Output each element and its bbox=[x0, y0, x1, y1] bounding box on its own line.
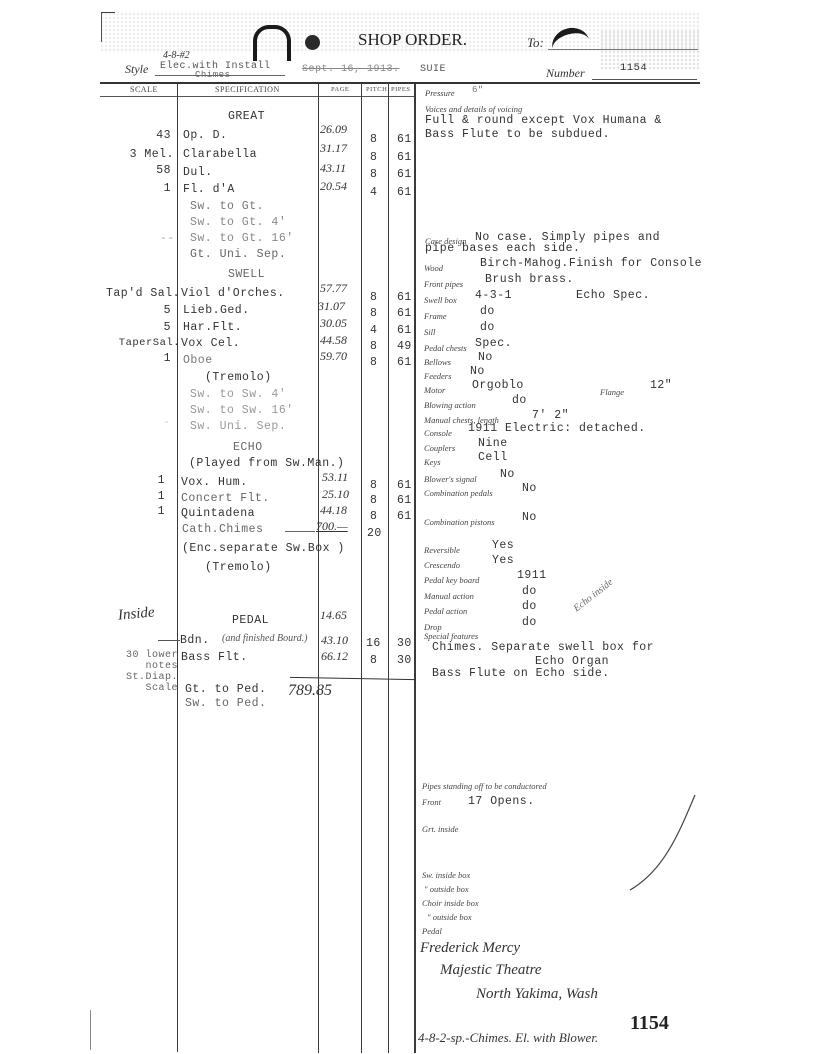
stop-scale: TaperSal. bbox=[100, 337, 180, 349]
detail-label: Pedal chests bbox=[424, 343, 467, 353]
number-label: Number bbox=[546, 66, 585, 81]
column-rule-spec bbox=[318, 83, 319, 1053]
coupler: Sw. to Gt. bbox=[190, 200, 264, 213]
stop-name: Clarabella bbox=[183, 148, 257, 161]
stop-page: 20.54 bbox=[320, 179, 347, 194]
column-header-scale: SCALE bbox=[130, 85, 158, 94]
stop-pitch: 8 bbox=[370, 168, 377, 181]
stop-pipes: 61 bbox=[397, 479, 412, 492]
total-rule bbox=[290, 677, 415, 680]
stop-name: Concert Flt. bbox=[181, 492, 270, 505]
stop-name: Op. D. bbox=[183, 129, 227, 142]
stop-pipes: 61 bbox=[397, 324, 412, 337]
detail-value: do bbox=[512, 394, 527, 407]
stop-page: 59.70 bbox=[320, 349, 347, 364]
stop-pipes: 49 bbox=[397, 340, 412, 353]
stop-page: 43.10 bbox=[321, 633, 348, 648]
detail-label: Blower's signal bbox=[424, 474, 477, 484]
coupler: Sw. to Gt. 16' bbox=[190, 232, 294, 245]
detail-value: Spec. bbox=[475, 337, 512, 350]
detail-value: No bbox=[500, 468, 515, 481]
detail-value: do bbox=[522, 616, 537, 629]
detail-value: 7' 2" bbox=[532, 409, 569, 422]
voicing-value-line1: Full & round except Vox Humana & bbox=[425, 114, 662, 127]
detail-extra-label: Flange bbox=[600, 387, 624, 397]
swell-tremolo: (Tremolo) bbox=[205, 371, 272, 384]
stop-pitch: 4 bbox=[370, 186, 377, 199]
detail-label: Front pipes bbox=[424, 279, 463, 289]
customer-name: Frederick Mercy bbox=[420, 940, 520, 957]
pedal-total: 789.85 bbox=[288, 682, 332, 700]
stop-pitch: 8 bbox=[370, 291, 377, 304]
scan-noise bbox=[600, 30, 700, 70]
detail-label: Feeders bbox=[424, 371, 451, 381]
detail-label: Swell box bbox=[424, 295, 457, 305]
coupler: Gt. Uni. Sep. bbox=[190, 248, 286, 261]
column-header-rule bbox=[100, 96, 415, 97]
stop-pipes: 30 bbox=[397, 637, 412, 650]
column-header-pitch: PITCH bbox=[366, 86, 387, 93]
detail-label: Pedal action bbox=[424, 606, 467, 616]
stop-pipes: 8 bbox=[370, 356, 377, 369]
echo-note: (Enc.separate Sw.Box ) bbox=[182, 542, 345, 555]
detail-value: Orgoblo bbox=[472, 379, 524, 392]
detail-label: Console bbox=[424, 428, 452, 438]
voicing-label: Voices and details of voicing bbox=[425, 104, 522, 114]
detail-value: Yes bbox=[492, 554, 514, 567]
coupler: Sw. Uni. Sep. bbox=[190, 420, 286, 433]
section-heading-swell: SWELL bbox=[228, 268, 265, 281]
stop-scale: 5 bbox=[145, 321, 171, 334]
coupler: Sw. to Sw. 4' bbox=[190, 388, 286, 401]
stop-scale: 1 bbox=[145, 490, 165, 503]
stop-scale: 3 Mel. bbox=[100, 148, 174, 161]
stop-pitch: 8 bbox=[370, 510, 377, 523]
stop-page: 53.11 bbox=[322, 470, 348, 485]
stop-name: Oboe bbox=[183, 354, 213, 367]
detail-value: No bbox=[470, 365, 485, 378]
detail-label: Pedal key board bbox=[424, 575, 479, 585]
style-line bbox=[155, 75, 285, 76]
stop-name: Viol d'Orches. bbox=[181, 287, 285, 300]
stop-pitch: 8 bbox=[370, 494, 377, 507]
document-title: SHOP ORDER. bbox=[358, 30, 467, 50]
stop-pitch: 8 bbox=[370, 340, 377, 353]
detail-value: do bbox=[480, 305, 495, 318]
stop-name: Vox. Hum. bbox=[181, 476, 248, 489]
detail-label: Combination pistons bbox=[424, 517, 495, 527]
stop-page: 57.77 bbox=[320, 281, 347, 296]
border-mark bbox=[101, 12, 102, 42]
stop-annotation: (and finished Bourd.) bbox=[222, 633, 307, 644]
stop-pitch: 20 bbox=[367, 527, 382, 540]
grt-inside-label: Grt. inside bbox=[422, 824, 458, 834]
detail-label: Reversible bbox=[424, 545, 460, 555]
stop-page: 31.07 bbox=[318, 299, 345, 314]
stop-pitch: 8 bbox=[370, 151, 377, 164]
section-heading-great: GREAT bbox=[228, 110, 265, 123]
stop-pipes: 61 bbox=[397, 186, 412, 199]
stop-pipes: 61 bbox=[397, 307, 412, 320]
coupler: Sw. to Sw. 16' bbox=[190, 404, 294, 417]
stop-pipes: 61 bbox=[397, 510, 412, 523]
detail-value: Cell bbox=[478, 451, 508, 464]
stop-page: 26.09 bbox=[320, 122, 347, 137]
margin-dash: -- bbox=[160, 232, 175, 245]
stop-scale: 1 bbox=[145, 474, 165, 487]
stop-name: Dul. bbox=[183, 166, 213, 179]
detail-label: Bellows bbox=[424, 357, 451, 367]
echo-tremolo: (Tremolo) bbox=[205, 561, 272, 574]
punch-hole-mark bbox=[305, 35, 320, 50]
arrow-line bbox=[158, 640, 180, 641]
stop-scale: 1 bbox=[145, 182, 171, 195]
style-handwritten-note: 4-8-#2 bbox=[163, 50, 190, 61]
header-rule bbox=[100, 82, 700, 84]
pressure-value: 6" bbox=[472, 85, 484, 95]
detail-value: Yes bbox=[492, 539, 514, 552]
stop-page: 44.18 bbox=[320, 503, 347, 518]
section-heading-pedal: PEDAL bbox=[232, 614, 269, 627]
punch-hole-mark bbox=[253, 25, 291, 61]
sw-inside-label: Sw. inside box bbox=[422, 870, 470, 880]
detail-value: Nine bbox=[478, 437, 508, 450]
detail-label: Motor bbox=[424, 385, 445, 395]
customer-location: North Yakima, Wash bbox=[476, 986, 598, 1003]
detail-label: Wood bbox=[424, 263, 443, 273]
detail-value: No bbox=[478, 351, 493, 364]
sw-outside-label: " outside box bbox=[424, 884, 469, 894]
detail-label: Couplers bbox=[424, 443, 455, 453]
detail-label: Crescendo bbox=[424, 560, 460, 570]
section-heading-echo: ECHO bbox=[233, 441, 263, 454]
detail-label: Frame bbox=[424, 311, 447, 321]
pedal-label: Pedal bbox=[422, 926, 442, 936]
column-rule-scale bbox=[177, 83, 178, 97]
pen-stroke bbox=[625, 790, 705, 900]
column-rule-pitch bbox=[388, 83, 389, 1053]
detail-value: do bbox=[522, 585, 537, 598]
stop-page: 44.58 bbox=[320, 333, 347, 348]
stop-page: 700.— bbox=[316, 519, 348, 534]
stop-name: Vox Cel. bbox=[181, 337, 240, 350]
stop-pipes: 61 bbox=[397, 494, 412, 507]
footer-summary: 4-8-2-sp.-Chimes. El. with Blower. bbox=[418, 1030, 598, 1046]
stop-scale: Tap'd Sal. bbox=[100, 287, 180, 300]
number-value: 1154 bbox=[620, 62, 647, 74]
front-label: Front bbox=[422, 797, 441, 807]
column-header-pipes: PIPES bbox=[391, 86, 410, 93]
stop-name: Lieb.Ged. bbox=[183, 304, 250, 317]
detail-label: Sill bbox=[424, 327, 435, 337]
detail-value: do bbox=[522, 600, 537, 613]
choir-outside-label: " outside box bbox=[427, 912, 472, 922]
detail-value: 1911 bbox=[517, 569, 547, 582]
column-rule-scale bbox=[177, 97, 178, 1052]
pipes-standing-label: Pipes standing off to be conductored bbox=[422, 781, 547, 791]
front-value: 17 Opens. bbox=[468, 795, 535, 808]
detail-extra-value: 12" bbox=[650, 379, 672, 392]
column-header-page: PAGE bbox=[331, 86, 349, 93]
stop-pitch: 4 bbox=[370, 324, 377, 337]
detail-value: Brush brass. bbox=[485, 273, 574, 286]
special-features-line3: Bass Flute on Echo side. bbox=[432, 667, 610, 680]
column-rule-pipes bbox=[414, 83, 416, 1053]
stop-page: 66.12 bbox=[321, 649, 348, 664]
stop-pitch: 8 bbox=[370, 307, 377, 320]
to-line bbox=[548, 49, 698, 50]
detail-extra-value: Echo Spec. bbox=[576, 289, 650, 302]
choir-inside-label: Choir inside box bbox=[422, 898, 479, 908]
stop-name: Quintadena bbox=[181, 507, 255, 520]
echo-subheading: (Played from Sw.Man.) bbox=[189, 457, 344, 470]
special-features-line1: Chimes. Separate swell box for bbox=[432, 641, 654, 654]
pressure-label: Pressure bbox=[425, 88, 455, 98]
detail-value: No bbox=[522, 482, 537, 495]
coupler: Gt. to Ped. bbox=[185, 683, 266, 696]
column-rule-page bbox=[361, 83, 362, 1053]
scan-mark bbox=[90, 1010, 91, 1050]
stop-name: Cath.Chimes bbox=[182, 523, 263, 536]
stop-page: 30.05 bbox=[320, 316, 347, 331]
column-header-specification: SPECIFICATION bbox=[215, 85, 280, 94]
stop-pipes: 61 bbox=[397, 168, 412, 181]
stop-scale: 1 bbox=[145, 352, 171, 365]
stop-scale: 5 bbox=[145, 304, 171, 317]
detail-value: do bbox=[480, 321, 495, 334]
stop-page: 25.10 bbox=[322, 487, 349, 502]
stop-pitch: 8 bbox=[370, 479, 377, 492]
stop-pipes: 61 bbox=[397, 133, 412, 146]
margin-dash: - bbox=[163, 416, 170, 429]
detail-label: Keys bbox=[424, 457, 441, 467]
stop-pitch: 16 bbox=[366, 637, 381, 650]
detail-label: Manual action bbox=[424, 591, 474, 601]
detail-label: Blowing action bbox=[424, 400, 476, 410]
date-suffix: SUIE bbox=[420, 64, 446, 75]
detail-value: Birch-Mahog.Finish for Console bbox=[480, 257, 702, 270]
stop-name: Bass Flt. bbox=[181, 651, 248, 664]
stop-scale: 1 bbox=[145, 505, 165, 518]
stop-pitch: 8 bbox=[370, 654, 377, 667]
stop-page: 43.11 bbox=[320, 161, 346, 176]
case-design-line2: pipe bases each side. bbox=[425, 242, 580, 255]
pedal-margin-note: Inside bbox=[117, 604, 155, 624]
stop-pipes: 61 bbox=[397, 291, 412, 304]
special-features-label: Special features bbox=[424, 631, 478, 641]
leader-line bbox=[285, 531, 315, 532]
coupler: Sw. to Gt. 4' bbox=[190, 216, 286, 229]
stop-name: Bdn. bbox=[180, 634, 210, 647]
stop-name: Fl. d'A bbox=[183, 183, 235, 196]
stop-scale: 58 bbox=[145, 164, 171, 177]
stop-pipes: 30 bbox=[397, 654, 412, 667]
detail-value: 1911 Electric: detached. bbox=[468, 422, 646, 435]
stop-scale: 30 lower notes St.Diap. Scale bbox=[100, 650, 178, 694]
stop-scale: 43 bbox=[145, 129, 171, 142]
stop-name: Har.Flt. bbox=[183, 321, 242, 334]
stop-pitch: 8 bbox=[370, 133, 377, 146]
handwritten-margin-note: Echo inside bbox=[572, 577, 616, 615]
to-label: To: bbox=[527, 35, 544, 51]
border-mark bbox=[101, 12, 115, 13]
stop-pipes: 61 bbox=[397, 356, 412, 369]
detail-label: Combination pedals bbox=[424, 488, 493, 498]
number-line bbox=[592, 79, 697, 80]
order-date: Sept. 16, 1913. bbox=[302, 64, 400, 75]
stop-pipes: 61 bbox=[397, 151, 412, 164]
pedal-page-note: 14.65 bbox=[320, 608, 347, 623]
detail-value: No bbox=[522, 511, 537, 524]
footer-order-number: 1154 bbox=[630, 1012, 669, 1035]
style-label: Style bbox=[125, 62, 148, 77]
coupler: Sw. to Ped. bbox=[185, 697, 266, 710]
stop-page: 31.17 bbox=[320, 141, 347, 156]
customer-venue: Majestic Theatre bbox=[440, 962, 542, 979]
detail-value: 4-3-1 bbox=[475, 289, 512, 302]
voicing-value-line2: Bass Flute to be subdued. bbox=[425, 128, 610, 141]
